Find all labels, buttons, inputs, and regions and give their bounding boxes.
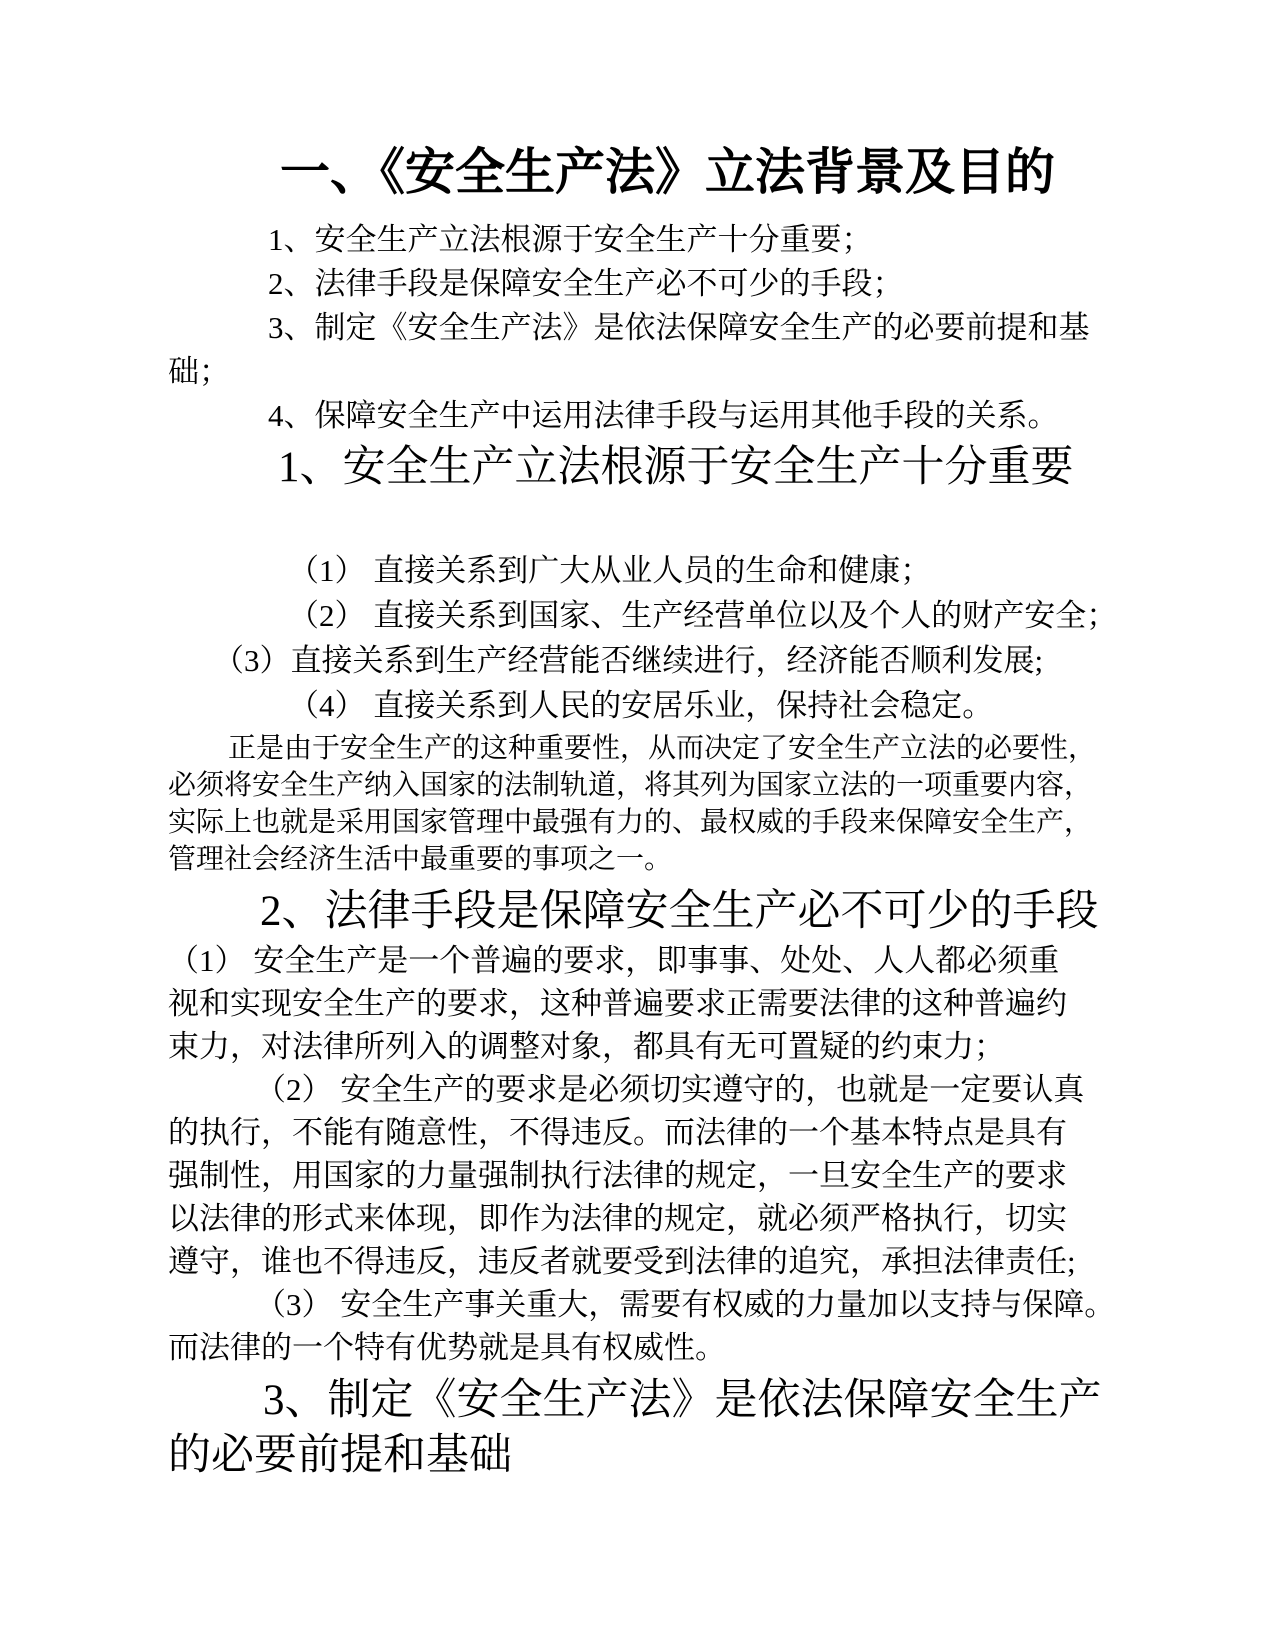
intro-item-3: 3、制定《安全生产法》是依法保障安全生产的必要前提和基 础； — [168, 306, 1275, 394]
section2-paragraph-1: （1） 安全生产是一个普遍的要求，即事事、处处、人人都必须重 视和实现安全生产的… — [168, 939, 1275, 1068]
page-title: 一、《安全生产法》立法背景及目的 — [168, 140, 1275, 204]
section2-paragraph-2: （2） 安全生产的要求是必须切实遵守的，也就是一定要认真 的执行，不能有随意性，… — [168, 1068, 1275, 1283]
intro-item-1: 1、安全生产立法根源于安全生产十分重要； — [168, 218, 1275, 262]
section2-paragraph-3: （3） 安全生产事关重大，需要有权威的力量加以支持与保障。 而法律的一个特有优势… — [168, 1283, 1275, 1369]
section1-point-list: （1） 直接关系到广大从业人员的生命和健康； （2） 直接关系到国家、生产经营单… — [168, 548, 1275, 728]
section1-paragraph: 正是由于安全生产的这种重要性，从而决定了安全生产立法的必要性， 必须将安全生产纳… — [168, 730, 1275, 878]
section1-heading: 1、安全生产立法根源于安全生产十分重要 — [168, 440, 1275, 496]
section1-point-1: （1） 直接关系到广大从业人员的生命和健康； — [168, 548, 1275, 593]
section1-point-2: （2） 直接关系到国家、生产经营单位以及个人的财产安全； — [168, 593, 1275, 638]
document-page: 一、《安全生产法》立法背景及目的 1、安全生产立法根源于安全生产十分重要； 2、… — [0, 0, 1275, 1650]
section1-point-3: （3）直接关系到生产经营能否继续进行，经济能否顺利发展; — [168, 638, 1275, 683]
intro-item-4: 4、保障安全生产中运用法律手段与运用其他手段的关系。 — [168, 394, 1275, 438]
section2-body: （1） 安全生产是一个普遍的要求，即事事、处处、人人都必须重 视和实现安全生产的… — [168, 939, 1275, 1369]
section2-heading: 2、法律手段是保障安全生产必不可少的手段 — [168, 885, 1275, 939]
section3-heading: 3、制定《安全生产法》是依法保障安全生产 的必要前提和基础 — [168, 1373, 1275, 1483]
intro-list: 1、安全生产立法根源于安全生产十分重要； 2、法律手段是保障安全生产必不可少的手… — [168, 218, 1275, 438]
intro-item-2: 2、法律手段是保障安全生产必不可少的手段； — [168, 262, 1275, 306]
section1-point-4: （4） 直接关系到人民的安居乐业，保持社会稳定。 — [168, 683, 1275, 728]
